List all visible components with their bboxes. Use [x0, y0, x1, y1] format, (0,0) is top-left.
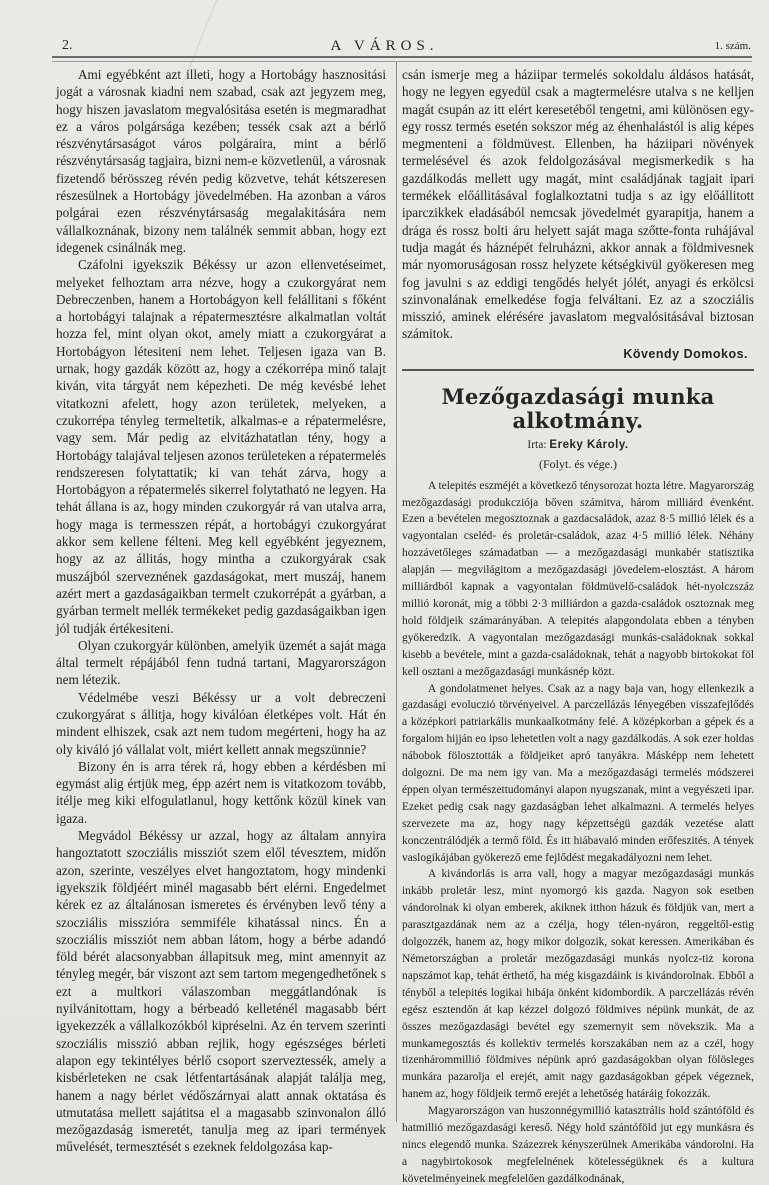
author-signature: Kövendy Domokos. — [402, 346, 748, 363]
article-body: A telepités eszméjét a következő ténysor… — [402, 478, 754, 1185]
article-subtitle: (Folyt. és vége.) — [402, 456, 754, 473]
right-column: csán ismerje meg a háziipar termelés sok… — [402, 66, 754, 1185]
column-divider — [396, 62, 397, 1122]
article-title: Mezőgazdasági munka alkotmány. — [402, 385, 754, 433]
paragraph: Ami egyébként azt illeti, hogy a Hortobá… — [56, 66, 386, 256]
section-divider — [402, 369, 754, 371]
paragraph: Megvádol Békéssy ur azzal, hogy az által… — [56, 827, 386, 1156]
running-header: 2. A VÁROS. 1. szám. — [0, 38, 769, 58]
paragraph: A gondolatmenet helyes. Csak az a nagy b… — [402, 681, 754, 867]
article: Mezőgazdasági munka alkotmány. Irta: Ere… — [402, 385, 754, 1185]
byline-author: Ereky Károly. — [549, 439, 628, 451]
byline-prefix: Irta: — [527, 439, 546, 451]
article-title-line-2: alkotmány. — [512, 408, 643, 433]
paragraph: Magyarországon van huszonnégymillió kata… — [402, 1103, 754, 1185]
newspaper-page: 2. A VÁROS. 1. szám. Ami egyébként azt i… — [0, 0, 769, 1185]
left-column: Ami egyébként azt illeti, hogy a Hortobá… — [56, 66, 386, 1156]
byline: Irta: Ereky Károly. — [402, 437, 754, 454]
paragraph: A kivándorlás is arra vall, hogy a magya… — [402, 866, 754, 1103]
paragraph: Védelmébe veszi Békéssy ur a volt debrec… — [56, 689, 386, 758]
paragraph: A telepités eszméjét a következő ténysor… — [402, 478, 754, 681]
paragraph: Czáfolni igyekszik Békéssy ur azon ellen… — [56, 256, 386, 637]
paragraph: Bizony én is arra térek rá, hogy ebben a… — [56, 758, 386, 827]
continued-paragraph: csán ismerje meg a háziipar termelés sok… — [402, 66, 754, 343]
paragraph: Olyan czukorgyár különben, amelyik üzemé… — [56, 637, 386, 689]
header-rule — [52, 56, 752, 62]
article-title-line-1: Mezőgazdasági munka — [441, 384, 714, 409]
masthead-title: A VÁROS. — [0, 38, 769, 55]
issue-number: 1. szám. — [715, 40, 751, 52]
